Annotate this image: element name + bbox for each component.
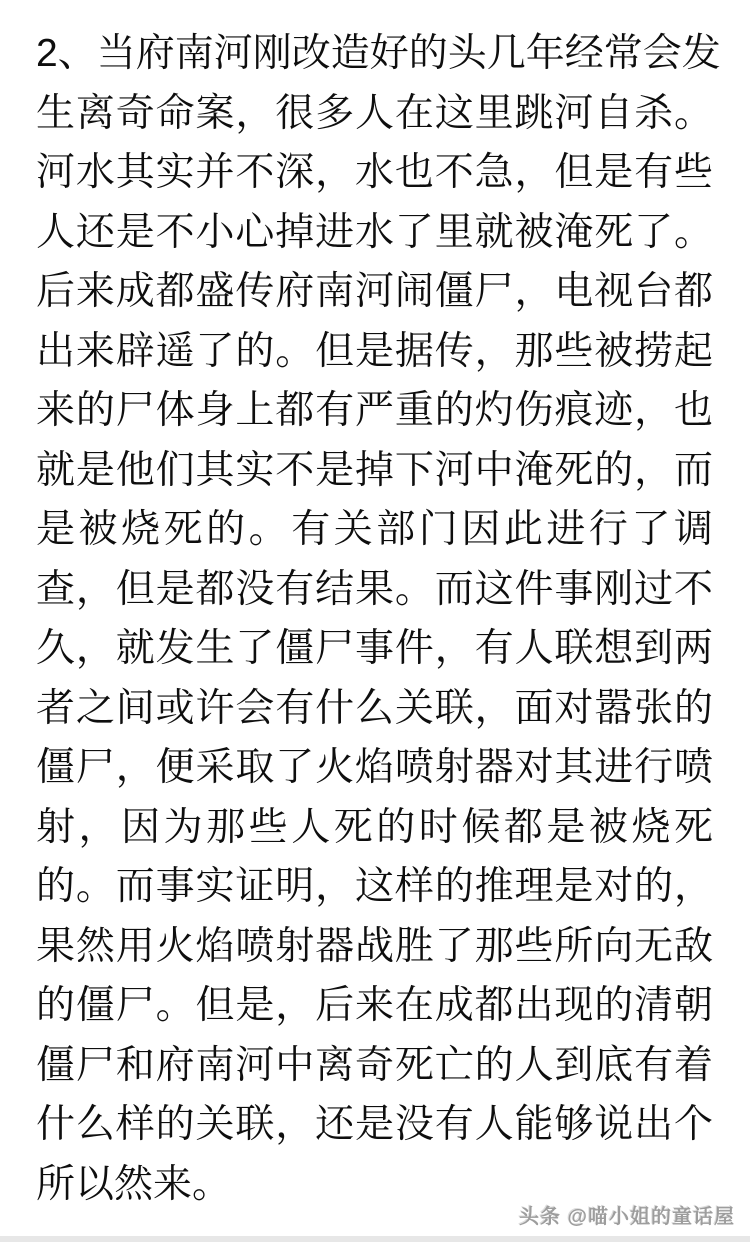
text-line: 查，但是都没有结果。而这件事刚过不 [36, 560, 713, 620]
text-line: 是被烧死的。有关部门因此进行了调 [36, 500, 713, 560]
text-line: 的僵尸。但是，后来在成都出现的清朝 [36, 976, 713, 1036]
toutiao-watermark: 头条 @喵小姐的童话屋 [519, 1200, 735, 1229]
text-line: 的。而事实证明，这样的推理是对的， [36, 857, 713, 917]
text-line: 人还是不小心掉进水了里就被淹死了。 [36, 203, 713, 263]
text-line: 果然用火焰喷射器战胜了那些所向无敌 [36, 917, 713, 977]
text-line: 僵尸，便采取了火焰喷射器对其进行喷 [36, 738, 713, 798]
text-line: 2、当府南河刚改造好的头几年经常会发 [36, 24, 713, 84]
text-line: 后来成都盛传府南河闹僵尸，电视台都 [36, 262, 713, 322]
text-line: 僵尸和府南河中离奇死亡的人到底有着 [36, 1036, 713, 1096]
text-line: 出来辟遥了的。但是据传，那些被捞起 [36, 322, 713, 382]
text-line: 来的尸体身上都有严重的灼伤痕迹，也 [36, 381, 713, 441]
text-line: 久，就发生了僵尸事件，有人联想到两 [36, 619, 713, 679]
text-line: 者之间或许会有什么关联，面对嚣张的 [36, 679, 713, 739]
bottom-edge-strip [0, 1236, 750, 1242]
text-line: 生离奇命案，很多人在这里跳河自杀。 [36, 84, 713, 144]
article-page: 2、当府南河刚改造好的头几年经常会发生离奇命案，很多人在这里跳河自杀。河水其实并… [0, 0, 750, 1242]
text-line: 河水其实并不深，水也不急，但是有些 [36, 143, 713, 203]
text-line: 射，因为那些人死的时候都是被烧死 [36, 798, 713, 858]
text-line: 什么样的关联，还是没有人能够说出个 [36, 1095, 713, 1155]
text-line: 就是他们其实不是掉下河中淹死的，而 [36, 441, 713, 501]
screenshot-root: { "article": { "item_number": "2", "line… [0, 0, 750, 1242]
article-text-block: 2、当府南河刚改造好的头几年经常会发生离奇命案，很多人在这里跳河自杀。河水其实并… [0, 0, 750, 1214]
